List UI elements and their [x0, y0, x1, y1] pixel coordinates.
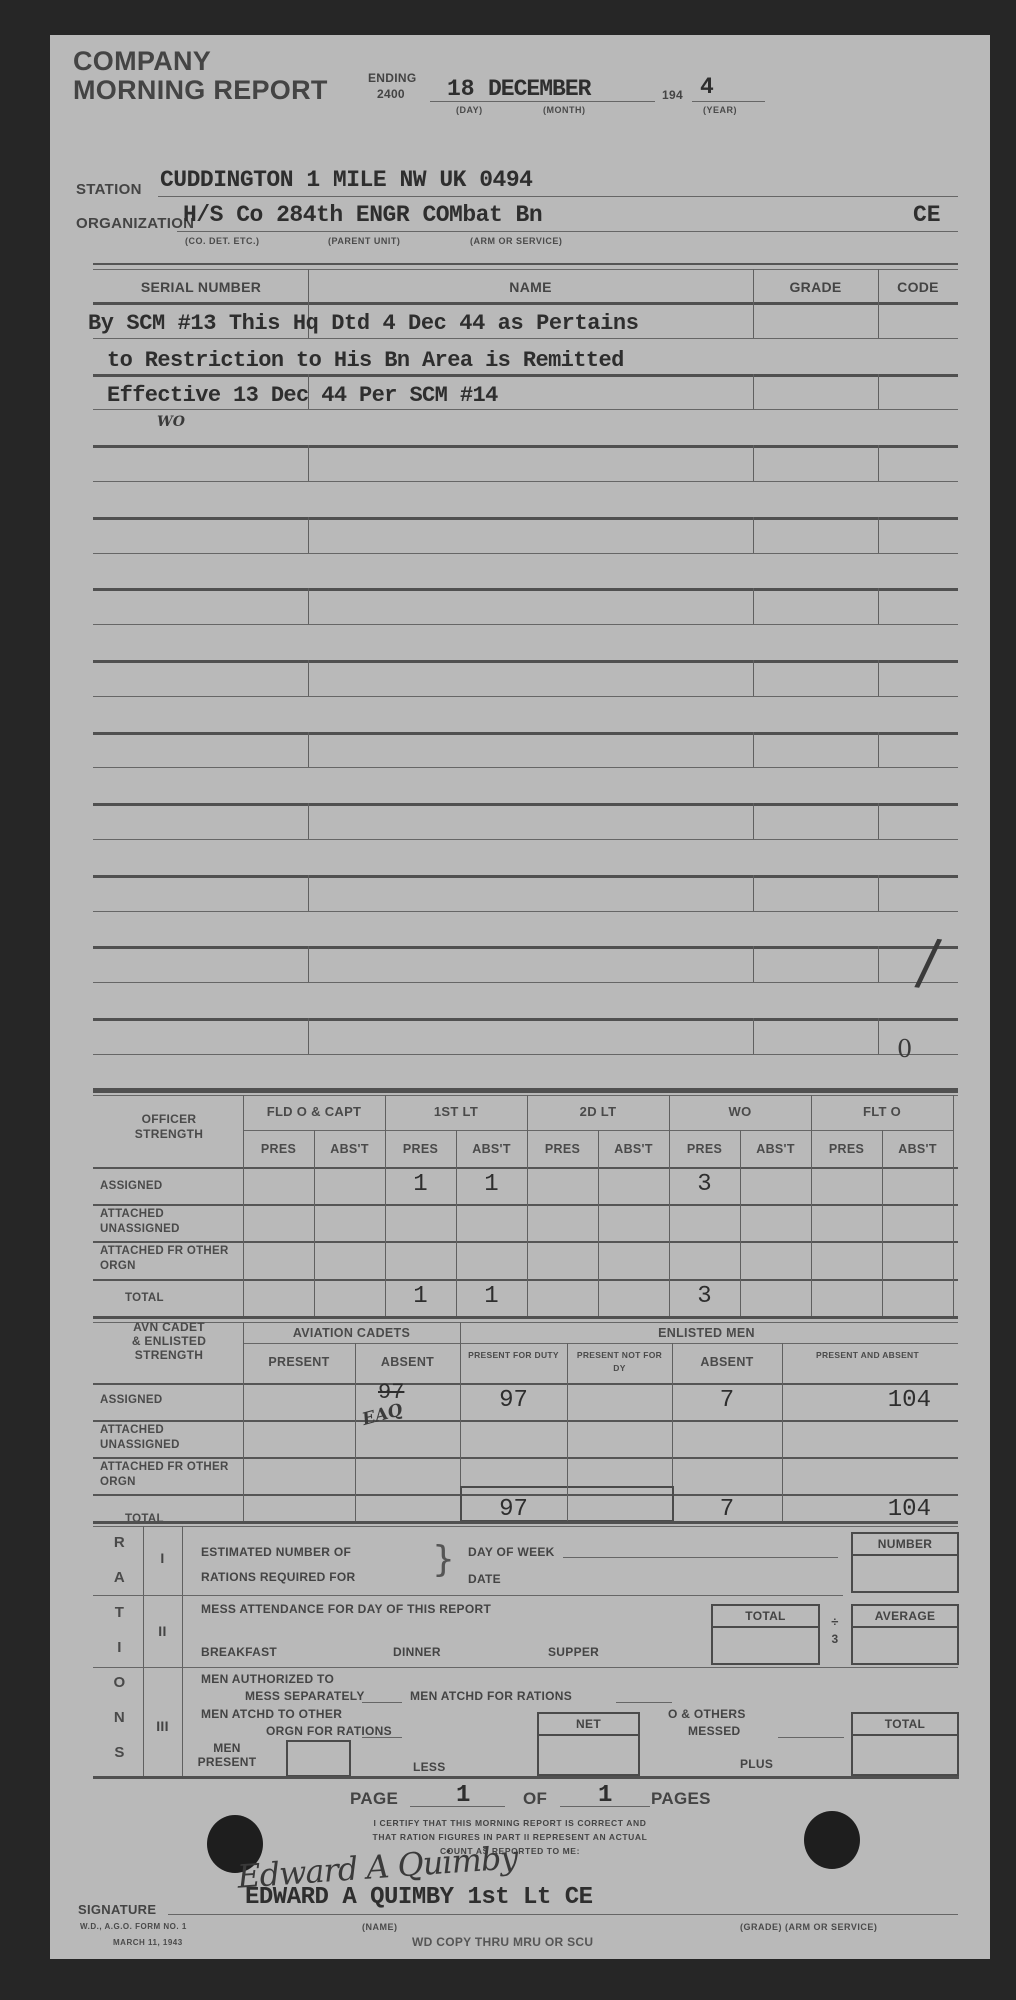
ruled-line — [93, 732, 958, 735]
ruled-line — [93, 338, 958, 339]
ruled-line — [93, 624, 958, 625]
others-messed-field[interactable] — [778, 1737, 844, 1738]
station-underline — [158, 196, 958, 197]
enlisted-row-rule — [93, 1383, 958, 1385]
typed-signer-name: EDWARD A QUIMBY 1st Lt CE — [245, 1884, 593, 1911]
mess-separately-field[interactable] — [362, 1702, 402, 1703]
ruled-line — [93, 982, 958, 983]
rations-side-letter: R — [96, 1534, 143, 1551]
enlisted-title-line1: AVN CADET — [96, 1320, 242, 1334]
column-divider — [878, 660, 879, 696]
rations-side-letter: S — [96, 1744, 143, 1761]
enlisted-cell: 7 — [672, 1387, 782, 1414]
officer-subcolumn-header: PRES — [527, 1142, 598, 1156]
column-divider — [878, 875, 879, 911]
ruled-line — [93, 481, 958, 482]
rations-side-letter: N — [96, 1709, 143, 1726]
column-divider — [753, 1018, 754, 1054]
enlisted-cell: 104 — [782, 1496, 953, 1523]
others-line2: MESSED — [688, 1724, 740, 1738]
page-label: PAGE — [350, 1789, 398, 1809]
officer-row-rule — [93, 1241, 958, 1243]
officer-cell: 1 — [385, 1171, 456, 1198]
officer-strength-title: OFFICER STRENGTH — [96, 1112, 242, 1142]
officer-top-rule-2 — [93, 1095, 958, 1096]
page-number: 1 — [456, 1782, 470, 1809]
arm-caption: (ARM OR SERVICE) — [470, 236, 562, 246]
dinner-label: DINNER — [393, 1645, 441, 1659]
entry-initials: WO — [157, 414, 185, 430]
officer-column-divider — [740, 1130, 741, 1316]
officer-row-label: TOTAL — [125, 1291, 235, 1306]
officer-column-divider — [243, 1095, 244, 1316]
rations-side-letter: A — [96, 1569, 143, 1586]
average-label: AVERAGE — [853, 1606, 957, 1628]
column-divider — [878, 588, 879, 624]
enlisted-strength-title: AVN CADET & ENLISTED STRENGTH — [96, 1320, 242, 1362]
rations-top-rule-2 — [93, 1526, 958, 1527]
column-divider — [308, 946, 309, 982]
rations-top-rule — [93, 1521, 958, 1524]
part1-text-line1: ESTIMATED NUMBER OF — [201, 1545, 351, 1559]
rations-numeral-divider — [182, 1526, 183, 1776]
officer-cell: 3 — [669, 1171, 740, 1198]
pages-label: PAGES — [651, 1789, 711, 1809]
officer-cell: 3 — [669, 1283, 740, 1310]
ruled-line — [93, 839, 958, 840]
date-label: DATE — [468, 1572, 501, 1586]
day-of-week-field[interactable] — [563, 1557, 838, 1558]
officer-subcolumn-header: ABS'T — [456, 1142, 527, 1156]
officer-title-line1: OFFICER — [96, 1112, 242, 1127]
officer-column-divider — [953, 1095, 954, 1316]
punch-hole-right — [804, 1811, 860, 1869]
less-label: LESS — [413, 1760, 446, 1774]
atchd-other-line2: ORGN FOR RATIONS — [266, 1724, 392, 1738]
auth-line2: MESS SEPARATELY — [245, 1689, 365, 1703]
name-caption: (NAME) — [362, 1922, 398, 1932]
column-divider — [878, 1018, 879, 1054]
col-name: NAME — [308, 279, 753, 295]
officer-cell: 1 — [456, 1171, 527, 1198]
divide-by-value: 3 — [824, 1632, 846, 1646]
part1-numeral: I — [143, 1550, 182, 1566]
enlisted-column-divider — [243, 1322, 244, 1521]
station-value: CUDDINGTON 1 MILE NW UK 0494 — [160, 167, 532, 193]
net-box[interactable]: NET — [537, 1712, 640, 1776]
group-aviation-cadets: AVIATION CADETS — [243, 1326, 460, 1340]
ruled-line — [93, 1054, 958, 1055]
header-column-divider — [878, 269, 879, 302]
day-caption: (DAY) — [456, 105, 483, 115]
enlisted-row-label: ASSIGNED — [100, 1393, 240, 1408]
supper-label: SUPPER — [548, 1645, 599, 1659]
page-total: 1 — [598, 1782, 612, 1809]
entries-header-rule — [93, 302, 958, 305]
others-line1: O & OTHERS — [668, 1707, 746, 1721]
form-title-company: COMPANY — [73, 47, 211, 75]
part2-numeral: II — [143, 1623, 182, 1639]
officer-group-header: FLT O — [811, 1104, 953, 1119]
column-divider — [878, 374, 879, 410]
officer-column-divider — [314, 1130, 315, 1316]
routing-note: WD COPY THRU MRU OR SCU — [412, 1935, 593, 1949]
organization-label: ORGANIZATION — [76, 215, 194, 232]
column-divider — [753, 302, 754, 338]
enlisted-subcolumn-header: PRESENT NOT FOR DY — [571, 1349, 668, 1375]
group-enlisted-men: ENLISTED MEN — [460, 1326, 953, 1340]
enlisted-row-label: ATTACHED UNASSIGNED — [100, 1423, 240, 1453]
column-divider — [753, 732, 754, 768]
rations-bottom-rule — [93, 1776, 959, 1779]
column-divider — [878, 803, 879, 839]
column-divider — [308, 660, 309, 696]
parent-unit-caption: (PARENT UNIT) — [328, 236, 400, 246]
part2-bottom-rule — [93, 1667, 958, 1668]
officer-top-rule — [93, 1088, 958, 1091]
column-divider — [878, 445, 879, 481]
entry-line-2: to Restriction to His Bn Area is Remitte… — [107, 348, 624, 373]
organization-value: H/S Co 284th ENGR COMbat Bn — [183, 202, 542, 228]
net-label: NET — [539, 1714, 638, 1736]
certify-line1: I CERTIFY THAT THIS MORNING REPORT IS CO… — [290, 1816, 730, 1830]
rations-side-letter: T — [96, 1604, 143, 1621]
year-prefix: 194 — [662, 88, 683, 102]
rations-total-box[interactable]: TOTAL — [851, 1712, 959, 1776]
station-label: STATION — [76, 181, 142, 198]
part2-title: MESS ATTENDANCE FOR DAY OF THIS REPORT — [201, 1602, 491, 1616]
ending-label: ENDING — [368, 71, 416, 85]
part1-bottom-rule — [93, 1595, 843, 1596]
enlisted-cell: 7 — [672, 1496, 782, 1523]
officer-subcolumn-header: ABS'T — [882, 1142, 953, 1156]
officer-cell: 1 — [456, 1283, 527, 1310]
officer-column-divider — [527, 1095, 528, 1316]
officer-group-header: 1ST LT — [385, 1104, 527, 1119]
column-divider — [878, 946, 879, 982]
men-present-line2: PRESENT — [186, 1755, 268, 1769]
signature-line — [168, 1914, 958, 1915]
officer-row-rule — [93, 1204, 958, 1206]
enlisted-subcolumn-header: PRESENT FOR DUTY — [464, 1349, 563, 1362]
column-divider — [878, 302, 879, 338]
header-column-divider — [753, 269, 754, 302]
form-number: W.D., A.G.O. FORM NO. 1 — [80, 1922, 187, 1931]
margin-zero-mark: 0 — [897, 1035, 912, 1063]
column-divider — [308, 803, 309, 839]
atchd-for-rations-field[interactable] — [616, 1702, 672, 1703]
officer-subcolumn-header: ABS'T — [740, 1142, 811, 1156]
form-title-morning-report: MORNING REPORT — [73, 76, 328, 104]
ruled-line — [93, 588, 958, 591]
column-divider — [308, 517, 309, 553]
enlisted-row-label: TOTAL — [125, 1512, 265, 1527]
year-caption: (YEAR) — [703, 105, 737, 115]
organization-underline — [177, 231, 958, 232]
arm-or-service-value: CE — [913, 202, 941, 228]
enlisted-column-divider — [782, 1343, 783, 1521]
average-box[interactable]: AVERAGE — [851, 1604, 959, 1665]
column-divider — [753, 803, 754, 839]
ruled-line — [93, 696, 958, 697]
auth-line1: MEN AUTHORIZED TO — [201, 1672, 334, 1686]
officer-column-divider — [811, 1095, 812, 1316]
column-divider — [308, 1018, 309, 1054]
ruled-line — [93, 1018, 958, 1021]
grade-caption: (GRADE) (ARM OR SERVICE) — [740, 1922, 877, 1932]
entries-top-rule — [93, 263, 958, 265]
atchd-other-field[interactable] — [362, 1737, 402, 1738]
signature-label: SIGNATURE — [78, 1902, 156, 1917]
enlisted-title-line2: & ENLISTED — [96, 1334, 242, 1348]
enlisted-column-divider — [355, 1343, 356, 1521]
atchd-other-line1: MEN ATCHD TO OTHER — [201, 1707, 342, 1721]
officer-group-header: FLD O & CAPT — [243, 1104, 385, 1119]
col-code: CODE — [878, 279, 958, 295]
of-label: OF — [523, 1789, 547, 1809]
ending-time: 2400 — [377, 87, 405, 101]
report-day: 18 — [447, 76, 475, 102]
total-box-divider — [567, 1486, 568, 1522]
officer-subcolumn-header: PRES — [811, 1142, 882, 1156]
enlisted-title-line3: STRENGTH — [96, 1348, 242, 1362]
column-divider — [308, 588, 309, 624]
mess-total-box[interactable]: TOTAL — [711, 1604, 820, 1665]
co-det-caption: (CO. DET. ETC.) — [185, 236, 260, 246]
column-divider — [753, 517, 754, 553]
entries-top-rule-2 — [93, 269, 958, 270]
ruled-line — [93, 374, 958, 377]
rations-total-label: TOTAL — [853, 1714, 957, 1736]
officer-subcolumn-header: ABS'T — [598, 1142, 669, 1156]
column-divider — [753, 660, 754, 696]
ruled-line — [93, 409, 958, 410]
month-caption: (MONTH) — [543, 105, 586, 115]
men-present-label: MEN PRESENT — [186, 1741, 268, 1769]
plus-label: PLUS — [740, 1757, 773, 1771]
col-grade: GRADE — [753, 279, 878, 295]
officer-row-label: ATTACHED UNASSIGNED — [100, 1207, 240, 1237]
part1-text-line2: RATIONS REQUIRED FOR — [201, 1570, 355, 1584]
enlisted-subcolumn-header: ABSENT — [676, 1356, 778, 1369]
rations-side-letter: O — [96, 1674, 143, 1691]
part3-numeral: III — [143, 1718, 182, 1734]
officer-title-line2: STRENGTH — [96, 1127, 242, 1142]
officer-group-header: WO — [669, 1104, 811, 1119]
officer-subcolumn-header: ABS'T — [314, 1142, 385, 1156]
col-serial-number: SERIAL NUMBER — [95, 279, 307, 295]
ruled-line — [93, 803, 958, 806]
column-divider — [753, 946, 754, 982]
column-divider — [878, 517, 879, 553]
column-divider — [308, 445, 309, 481]
ruled-line — [93, 911, 958, 912]
enlisted-row-label: ATTACHED FR OTHER ORGN — [100, 1460, 240, 1490]
ruled-line — [93, 517, 958, 520]
officer-subcolumn-header: PRES — [669, 1142, 740, 1156]
day-of-week-label: DAY OF WEEK — [468, 1545, 555, 1559]
officer-cell: 1 — [385, 1283, 456, 1310]
report-month: DECEMBER — [488, 76, 590, 102]
men-present-line1: MEN — [186, 1741, 268, 1755]
enlisted-group-rule — [243, 1343, 958, 1344]
rations-side-letter: I — [96, 1639, 143, 1656]
brace-icon: } — [432, 1540, 455, 1580]
officer-column-divider — [598, 1130, 599, 1316]
column-divider — [753, 588, 754, 624]
officer-row-rule — [93, 1279, 958, 1281]
mess-total-label: TOTAL — [713, 1606, 818, 1628]
ruled-line — [93, 445, 958, 448]
ruled-line — [93, 875, 958, 878]
officer-row-rule — [93, 1316, 958, 1319]
enlisted-cell: 97 — [460, 1387, 567, 1414]
officer-column-divider — [882, 1130, 883, 1316]
enlisted-cell: 97 — [460, 1496, 567, 1523]
column-divider — [878, 732, 879, 768]
number-box[interactable]: NUMBER — [851, 1532, 959, 1593]
enlisted-row-rule — [93, 1420, 958, 1422]
enlisted-subcolumn-header: PRESENT — [247, 1356, 351, 1369]
entry-line-1: By SCM #13 This Hq Dtd 4 Dec 44 as Perta… — [88, 311, 639, 336]
form-date: MARCH 11, 1943 — [113, 1938, 183, 1947]
column-divider — [753, 875, 754, 911]
entry-line-3: Effective 13 Dec 44 Per SCM #14 — [107, 383, 498, 408]
column-divider — [753, 445, 754, 481]
officer-row-label: ASSIGNED — [100, 1179, 240, 1194]
year-underline — [692, 101, 765, 102]
ruled-line — [93, 553, 958, 554]
ruled-line — [93, 660, 958, 663]
ruled-line — [93, 946, 958, 949]
officer-group-header: 2D LT — [527, 1104, 669, 1119]
officer-subcolumn-header: PRES — [243, 1142, 314, 1156]
officer-row-rule — [93, 1167, 958, 1169]
enlisted-row-rule — [93, 1457, 958, 1459]
report-year-digit: 4 — [700, 74, 714, 100]
enlisted-cell: 104 — [782, 1387, 953, 1414]
ruled-line — [93, 767, 958, 768]
atchd-for-rations-label: MEN ATCHD FOR RATIONS — [410, 1689, 572, 1703]
officer-subcolumn-header: PRES — [385, 1142, 456, 1156]
breakfast-label: BREAKFAST — [201, 1645, 277, 1659]
header-column-divider — [308, 269, 309, 302]
column-divider — [308, 732, 309, 768]
officer-row-label: ATTACHED FR OTHER ORGN — [100, 1244, 240, 1274]
column-divider — [308, 875, 309, 911]
column-divider — [753, 374, 754, 410]
divide-icon: ÷ — [824, 1614, 846, 1629]
number-box-label: NUMBER — [853, 1534, 957, 1556]
enlisted-subcolumn-header: ABSENT — [359, 1356, 456, 1369]
men-present-box[interactable] — [286, 1740, 351, 1777]
enlisted-subcolumn-header: PRESENT AND ABSENT — [786, 1349, 949, 1362]
